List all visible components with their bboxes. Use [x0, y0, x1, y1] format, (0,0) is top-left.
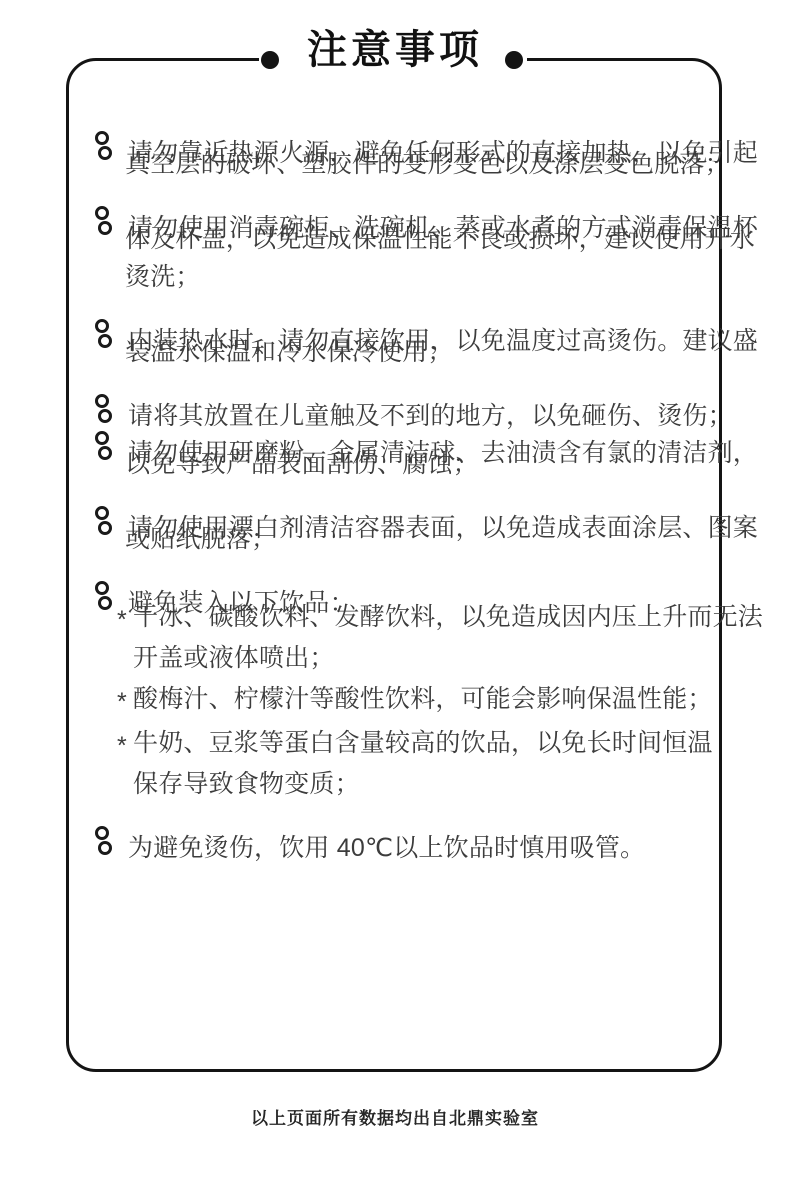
bullet-circle-icon [98, 596, 112, 610]
notice-text: 干冰、碳酸饮料、发酵饮料，以免造成因内压上升而无法 [133, 598, 763, 636]
notice-text: 请将其放置在儿童触及不到的地方，以免砸伤、烫伤； [128, 397, 733, 435]
notice-text: 牛奶、豆浆等蛋白含量较高的饮品，以免长时间恒温 [133, 724, 713, 762]
footer-note: 以上页面所有数据均出自北鼎实验室 [0, 1104, 790, 1129]
notice-text: 或贴纸脱落； [125, 520, 276, 558]
notice-item: 请将其放置在儿童触及不到的地方，以免砸伤、烫伤； [95, 394, 700, 408]
notice-text: 保存导致食物变质； [133, 765, 360, 803]
notice-line: 体及杯盖，以免造成保温性能不良或损坏，建议使用开水 [95, 220, 700, 258]
notice-line: *干冰、碳酸饮料、发酵饮料，以免造成因内压上升而无法 [95, 598, 700, 639]
notice-line: *牛奶、豆浆等蛋白含量较高的饮品，以免长时间恒温 [95, 724, 700, 765]
notice-item: 为避免烫伤，饮用 40℃以上饮品时慎用吸管。 [95, 826, 700, 840]
notice-line: 请将其放置在儿童触及不到的地方，以免砸伤、烫伤； [95, 394, 109, 408]
bullet-circle-icon [98, 446, 112, 460]
notice-text: 为避免烫伤，饮用 40℃以上饮品时慎用吸管。 [128, 829, 645, 867]
notice-text: 体及杯盖，以免造成保温性能不良或损坏，建议使用开水 [125, 220, 755, 258]
bullet-circle-icon [98, 841, 112, 855]
notice-line: 烫洗； [95, 258, 700, 296]
notice-text: 酸梅汁、柠檬汁等酸性饮料，可能会影响保温性能； [133, 680, 713, 718]
notice-item: 请勿靠近热源火源，避免任何形式的直接加热，以免引起真空层的破坏、塑胶件的变形变色… [95, 131, 700, 183]
notice-line: 避免装入以下饮品： [95, 581, 109, 595]
notice-line: 保存导致食物变质； [95, 765, 700, 803]
notice-text: 真空层的破坏、塑胶件的变形变色以及涂层变色脱落； [125, 145, 730, 183]
notice-item: 内装热水时，请勿直接饮用，以免温度过高烫伤。建议盛装温水保温和冷水保冷使用； [95, 319, 700, 371]
notice-list: 请勿靠近热源火源，避免任何形式的直接加热，以免引起真空层的破坏、塑胶件的变形变色… [95, 119, 700, 840]
notice-line: 内装热水时，请勿直接饮用，以免温度过高烫伤。建议盛 [95, 319, 109, 333]
notice-page: 注意事项 请勿靠近热源火源，避免任何形式的直接加热，以免引起真空层的破坏、塑胶件… [0, 0, 790, 1193]
asterisk-icon: * [117, 683, 133, 721]
bullet-circle-icon [98, 221, 112, 235]
bullet-circle-icon [98, 409, 112, 423]
notice-line: 请勿使用消毒碗柜、洗碗机、蒸或水煮的方式消毒保温杯 [95, 206, 109, 220]
bullet-circle-icon [98, 334, 112, 348]
notice-line: 请勿使用研磨粉、金属清洁球、去油渍含有氯的清洁剂， [95, 431, 109, 445]
notice-item: 避免装入以下饮品：*干冰、碳酸饮料、发酵饮料，以免造成因内压上升而无法开盖或液体… [95, 581, 700, 803]
notice-line: 请勿使用漂白剂清洁容器表面，以免造成表面涂层、图案 [95, 506, 109, 520]
bullet-circle-icon [98, 521, 112, 535]
notice-line: 开盖或液体喷出； [95, 639, 700, 677]
bullet-circle-icon [98, 146, 112, 160]
notice-text: 烫洗； [125, 258, 201, 296]
notice-line: 为避免烫伤，饮用 40℃以上饮品时慎用吸管。 [95, 826, 109, 840]
asterisk-icon: * [117, 727, 133, 765]
notice-line: 请勿靠近热源火源，避免任何形式的直接加热，以免引起 [95, 131, 109, 145]
notice-item: 请勿使用研磨粉、金属清洁球、去油渍含有氯的清洁剂，以免导致产品表面刮伤、腐蚀； [95, 431, 700, 483]
notice-text: 以免导致产品表面刮伤、腐蚀； [125, 445, 478, 483]
page-title: 注意事项 [0, 28, 790, 72]
notice-text: 开盖或液体喷出； [133, 639, 335, 677]
notice-line: 真空层的破坏、塑胶件的变形变色以及涂层变色脱落； [95, 145, 700, 183]
notice-item: 请勿使用漂白剂清洁容器表面，以免造成表面涂层、图案或贴纸脱落； [95, 506, 700, 558]
notice-line: *酸梅汁、柠檬汁等酸性饮料，可能会影响保温性能； [95, 680, 700, 721]
asterisk-icon: * [117, 601, 133, 639]
notice-text: 装温水保温和冷水保冷使用； [125, 333, 453, 371]
notice-item: 请勿使用消毒碗柜、洗碗机、蒸或水煮的方式消毒保温杯体及杯盖，以免造成保温性能不良… [95, 206, 700, 296]
